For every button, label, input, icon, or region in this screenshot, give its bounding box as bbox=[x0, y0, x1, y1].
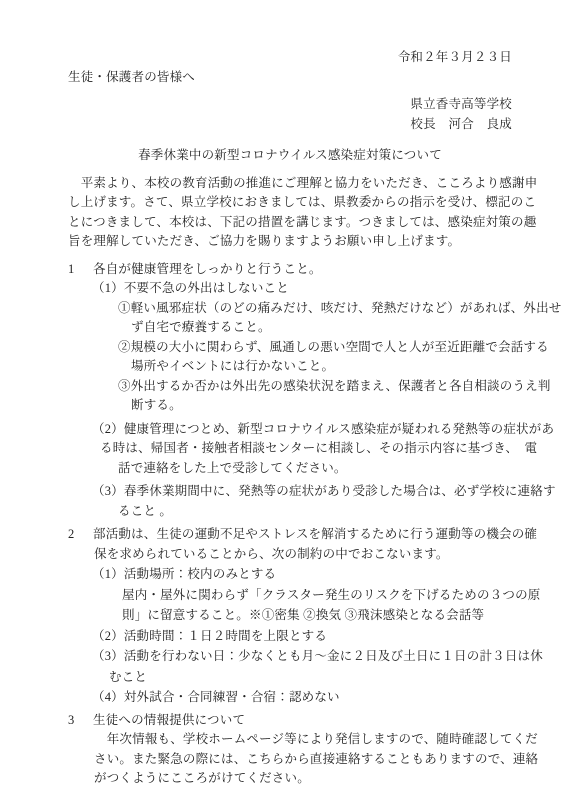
section-1-heading-text: 各自が健康管理をしっかりと行うこと。 bbox=[93, 262, 322, 276]
body-line: （2）健康管理につとめ、新型コロナウイルス感染症が疑われる発熱等の症状があ bbox=[68, 420, 512, 440]
intro-line: 平素より、本校の教育活動の推進にご理解と協力をいただき、こころより感謝申 bbox=[68, 174, 512, 194]
body-line: がつくようにこころがけてください。 bbox=[68, 769, 512, 789]
section-2-number: 2 bbox=[68, 525, 93, 545]
body-line: 話で連絡をした上で受診してください。 bbox=[68, 459, 512, 479]
intro-line: 旨を理解していただき、ご協力を賜りますようお願い申し上げます。 bbox=[68, 232, 512, 252]
body-line: （4）対外試合・合同練習・合宿：認めない bbox=[68, 688, 512, 708]
section-2-heading-text: 部活動は、生徒の運動不足やストレスを解消するために行う運動等の機会の確 bbox=[93, 527, 537, 541]
body-line: 則」に留意すること。※①密集 ②換気 ③飛沫感染となる会話等 bbox=[68, 606, 512, 626]
body-line: 断する。 bbox=[68, 396, 512, 416]
body-line: ③外出するか否かは外出先の感染状況を踏まえ、保護者と各自相談のうえ判 bbox=[68, 377, 512, 397]
body-line: ①軽い風邪症状（のどの痛みだけ、咳だけ、発熱だけなど）があれば、外出せ bbox=[68, 299, 512, 319]
body-line: 年次情報も、学校ホームページ等により発信しますので、随時確認してくだ bbox=[68, 730, 512, 750]
document-page: 令和２年３月２３日 生徒・保護者の皆様へ 県立香寺高等学校 校長 河合 良成 春… bbox=[0, 0, 565, 800]
body-line: さい。また緊急の際には、こちらから直接連絡することもありますので、連絡 bbox=[68, 750, 512, 770]
body-line: 場所やイベントには行かないこと。 bbox=[68, 357, 512, 377]
sender-principal: 校長 河合 良成 bbox=[68, 115, 512, 135]
body-line: むこと bbox=[68, 668, 512, 688]
section-3-number: 3 bbox=[68, 711, 93, 731]
intro-line: とにつきまして、本校は、下記の措置を講じます。つきましては、感染症対策の趣 bbox=[68, 213, 512, 233]
section-3-heading-text: 生徒への情報提供について bbox=[93, 713, 245, 727]
body-line: ②規模の大小に関わらず、風通しの悪い空間で人と人が至近距離で会話する bbox=[68, 338, 512, 358]
section-2-heading: 2部活動は、生徒の運動不足やストレスを解消するために行う運動等の機会の確 bbox=[68, 525, 512, 545]
section-2-heading-cont: 保を求められていることから、次の制約の中でおこないます。 bbox=[68, 545, 512, 565]
document-title: 春季休業中の新型コロナウイルス感染症対策について bbox=[68, 146, 512, 166]
body-line: 屋内・屋外に関わらず「クラスター発生のリスクを下げるための３つの原 bbox=[68, 586, 512, 606]
section-1-heading: 1各自が健康管理をしっかりと行うこと。 bbox=[68, 260, 512, 280]
date-line: 令和２年３月２３日 bbox=[68, 48, 512, 68]
recipient-line: 生徒・保護者の皆様へ bbox=[68, 68, 512, 88]
intro-line: し上げます。さて、県立学校におきましては、県教委からの指示を受け、標記のこ bbox=[68, 193, 512, 213]
body-line: （1）活動場所：校内のみとする bbox=[68, 565, 512, 585]
body-line: （2）活動時間：１日２時間を上限とする bbox=[68, 627, 512, 647]
body-line: ず自宅で療養すること。 bbox=[68, 318, 512, 338]
section-1-number: 1 bbox=[68, 260, 93, 280]
body-line: る時は、帰国者・接触者相談センターに相談し、その指示内容に基づき、 電 bbox=[68, 439, 512, 459]
sender-school: 県立香寺高等学校 bbox=[68, 95, 512, 115]
body-line: （3）春季休業期間中に、発熱等の症状があり受診した場合は、必ず学校に連絡す bbox=[68, 482, 512, 502]
body-line: （3）活動を行わない日：少なくとも月～金に２日及び土日に１日の計３日は休 bbox=[68, 647, 512, 667]
body-line: （1）不要不急の外出はしないこと bbox=[68, 279, 512, 299]
body-line: ること 。 bbox=[68, 502, 512, 522]
section-3-heading: 3生徒への情報提供について bbox=[68, 711, 512, 731]
